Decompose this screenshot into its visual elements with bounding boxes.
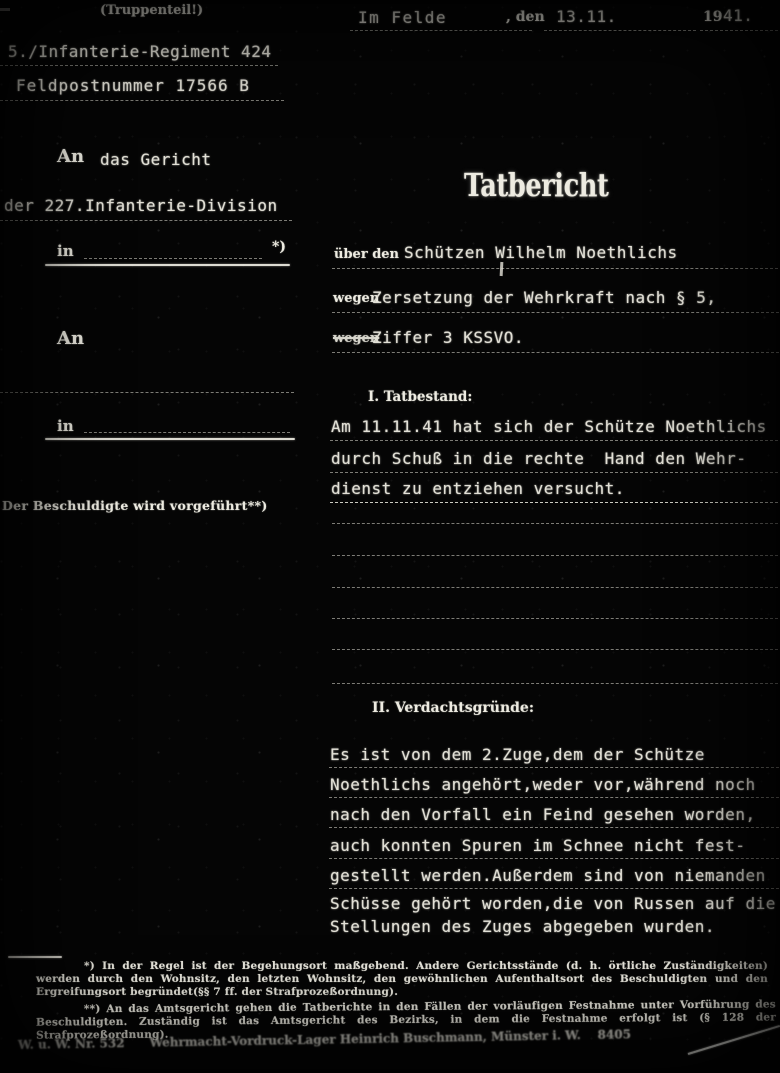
blank-ruled-line [332, 618, 778, 619]
ueber-den-label: über den [334, 247, 399, 262]
section2-line: Stellungen des Zuges abgegeben wurden. [330, 917, 715, 936]
unit-underline [0, 65, 278, 66]
den-label: , den [506, 9, 545, 25]
footnote-ref-1: *) [272, 239, 286, 255]
division-underline [0, 220, 292, 221]
section2-line: Es ist von dem 2.Zuge,dem der Schütze [330, 745, 705, 764]
ruled-line [329, 888, 779, 889]
year-value: 41. [723, 6, 753, 25]
date-value: 13.11. [556, 7, 617, 26]
ruled-line [330, 440, 778, 441]
feldpost-line: Feldpostnummer 17566 B [16, 76, 250, 95]
section2-line: nach den Vorfall ein Feind gesehen worde… [330, 805, 756, 824]
ruled-line [329, 858, 779, 859]
footnote-1: *) In der Regel ist der Begehungsort maß… [36, 960, 768, 999]
section2-line: auch konnten Spuren im Schnee nicht fest… [330, 836, 745, 855]
charge1-underline [332, 312, 779, 313]
accused-name: Schützen Wilhelm Noethlichs [404, 243, 678, 262]
ink-artifact [500, 262, 504, 276]
section2-line: gestellt werden.Außerdem sind von nieman… [330, 866, 766, 885]
recipient-division: der 227.Infanterie-Division [4, 196, 278, 215]
ruled-line [330, 472, 778, 473]
in-label-1: in [57, 242, 74, 260]
blank-address-line [0, 392, 294, 393]
blank-ruled-line [332, 523, 778, 524]
edge-artifact [0, 8, 10, 11]
charge-line-1: Zersetzung der Wehrkraft nach § 5, [372, 288, 717, 307]
in1-solid-line [45, 264, 290, 266]
year-prefix-label: 19 [703, 9, 722, 25]
blank-ruled-line [332, 683, 778, 684]
section1-line: durch Schuß in die rechte Hand den Wehr- [331, 449, 746, 468]
section1-line: dienst zu entziehen versucht. [331, 479, 625, 498]
in-label-2: in [57, 417, 74, 435]
ruled-line [330, 502, 778, 503]
blank-ruled-line [332, 555, 778, 556]
tatbericht-form-photo: (Truppenteil!) Im Felde , den 13.11. 19 … [0, 0, 780, 1073]
section2-line: Schüsse gehört worden,die von Russen auf… [330, 894, 776, 913]
recipient-court: das Gericht [100, 150, 211, 169]
section1-line: Am 11.11.41 hat sich der Schütze Noethli… [331, 417, 767, 436]
page-title: Tatbericht [464, 166, 608, 204]
an-label-1: An [57, 146, 84, 167]
in1-dashed-line [84, 258, 262, 259]
unit-line: 5./Infanterie-Regiment 424 [8, 42, 271, 61]
place-underline [350, 30, 532, 31]
in2-solid-line [45, 438, 295, 440]
accused-underline [332, 268, 778, 269]
vorfuehrung-note: Der Beschuldigte wird vorgeführt**) [2, 498, 268, 513]
feldpost-underline [0, 100, 284, 101]
blank-ruled-line [332, 649, 778, 650]
charge2-underline [332, 352, 779, 353]
section2-line: Noethlichs angehört,weder vor,während no… [330, 775, 756, 794]
ruled-line [329, 797, 779, 798]
place-value: Im Felde [358, 8, 447, 27]
year-underline [700, 30, 778, 31]
section1-heading: I. Tatbestand: [368, 389, 472, 405]
in2-dashed-line [84, 432, 290, 433]
date-underline [544, 30, 696, 31]
blank-ruled-line [332, 587, 778, 588]
footnote-separator-rule [8, 956, 62, 958]
an-label-2: An [57, 328, 84, 349]
charge-line-2: Ziffer 3 KSSVO. [372, 328, 524, 347]
ruled-line [329, 767, 779, 768]
ruled-line [329, 827, 779, 828]
truppenteil-label: (Truppenteil!) [100, 3, 203, 18]
section2-heading: II. Verdachtsgründe: [372, 700, 534, 716]
